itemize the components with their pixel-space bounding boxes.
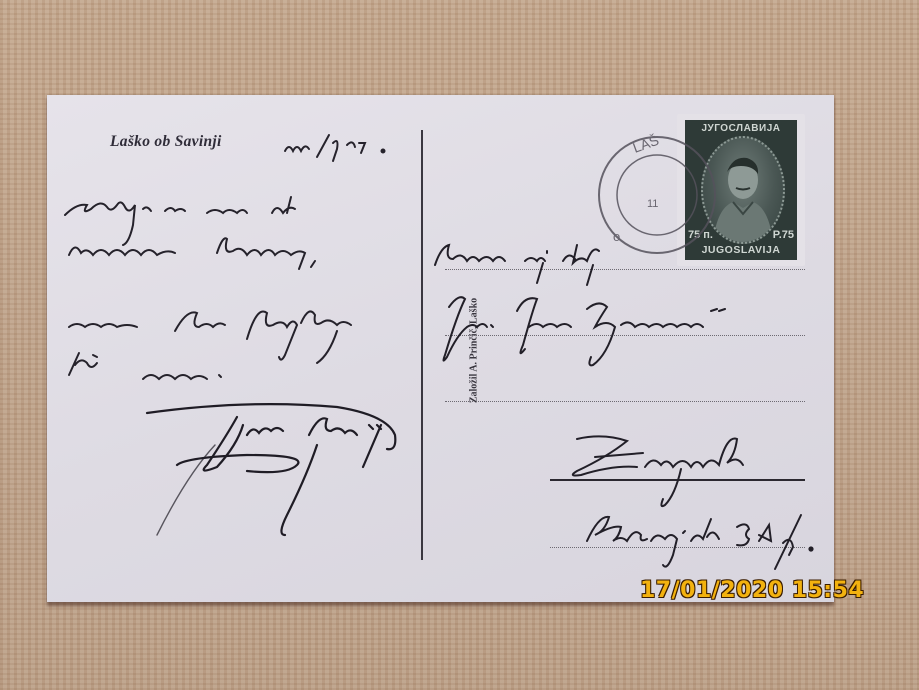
publisher-imprint: Založil A. Prinčič, Laško — [469, 271, 480, 431]
address-line-2 — [445, 335, 805, 336]
svg-text:LAŠ: LAŠ — [631, 132, 661, 156]
signature — [147, 404, 395, 535]
handwritten-address — [435, 245, 813, 569]
stamp-country-latin: JUGOSLAVIJA — [685, 244, 797, 256]
postcard: Laško ob Savinji Založil A. Prinčič, Laš… — [47, 95, 834, 602]
camera-timestamp: 17/01/2020 15:54 — [640, 578, 864, 603]
center-divider — [421, 130, 423, 560]
svg-text:11: 11 — [647, 198, 658, 210]
handwritten-date — [285, 135, 385, 161]
address-line-4 — [550, 547, 805, 548]
stamp-country-cyrillic: ЈУГОСЛАВИЈА — [685, 123, 797, 134]
portrait-icon — [703, 138, 783, 242]
king-portrait — [701, 136, 785, 244]
address-line-1 — [445, 269, 805, 270]
stamp-value-right: P.75 — [773, 229, 794, 241]
postage-stamp: ЈУГОСЛАВИЈА 75 п. P.75 JUGOSLAVIJA — [677, 114, 805, 266]
svg-text:o: o — [613, 229, 620, 244]
address-line-3-underline — [550, 479, 805, 481]
stamp-value-left: 75 п. — [688, 229, 713, 241]
address-line-3 — [445, 401, 805, 402]
handwritten-message — [65, 197, 351, 379]
stamp-face: ЈУГОСЛАВИЈА 75 п. P.75 JUGOSLAVIJA — [685, 120, 797, 260]
printed-title: Laško ob Savinji — [110, 133, 222, 151]
